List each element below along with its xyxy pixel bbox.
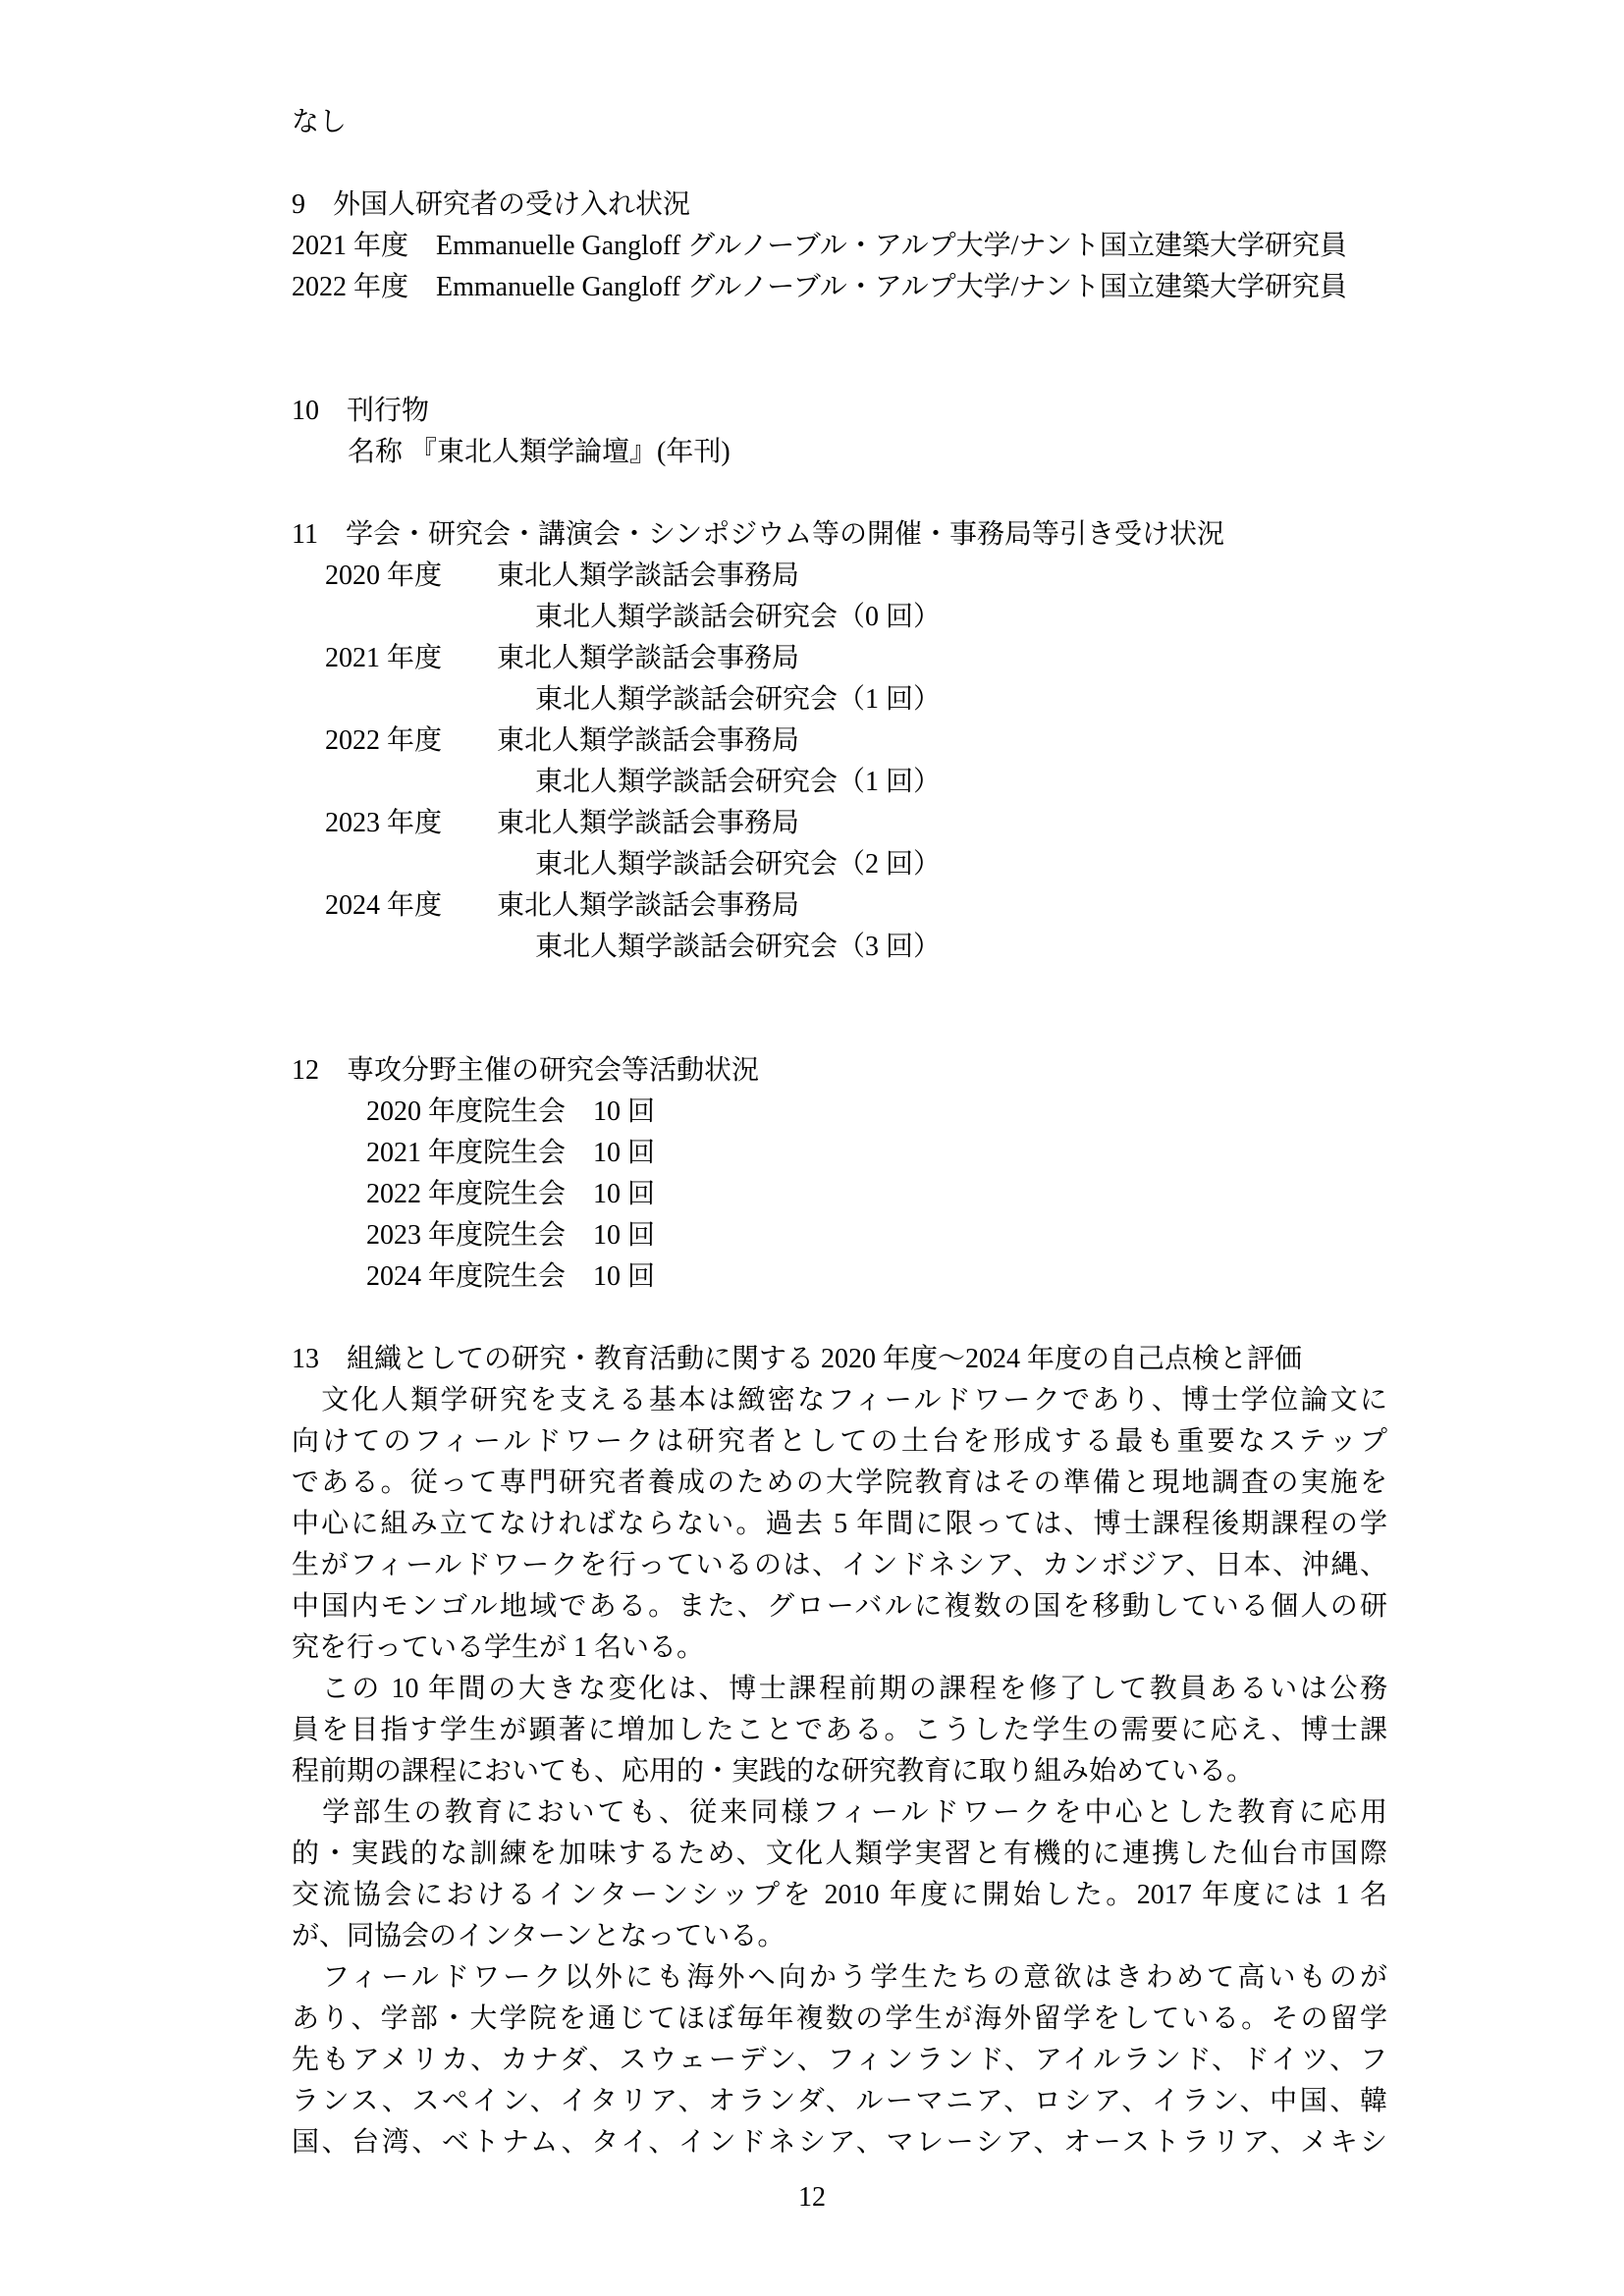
body-line: あり、学部・大学院を通じてほぼ毎年複数の学生が海外留学をしている。その留学 <box>292 1999 1387 2040</box>
body-line: この 10 年間の大きな変化は、博士課程前期の課程を修了して教員あるいは公務 <box>292 1669 1387 1710</box>
spacer <box>292 968 1387 1009</box>
event-year-row: 2023 年度 東北人類学談話会事務局 <box>292 803 1387 844</box>
event-meeting-row: 東北人類学談話会研究会（3 回） <box>292 927 1387 968</box>
body-line: 中心に組み立てなければならない。過去 5 年間に限っては、博士課程後期課程の学 <box>292 1504 1387 1545</box>
body-line: 中国内モンゴル地域である。また、グローバルに複数の国を移動している個人の研 <box>292 1586 1387 1628</box>
body-line: 交流協会におけるインターンシップを 2010 年度に開始した。2017 年度には… <box>292 1875 1387 1916</box>
spacer <box>292 143 1387 185</box>
none-note: なし <box>292 102 1387 143</box>
body-line: ランス、スペイン、イタリア、オランダ、ルーマニア、ロシア、イラン、中国、韓 <box>292 2081 1387 2122</box>
body-line: 員を目指す学生が顕著に増加したことである。こうした学生の需要に応え、博士課 <box>292 1710 1387 1751</box>
body-line: 究を行っている学生が 1 名いる。 <box>292 1628 1387 1669</box>
section-13-heading: 13 組織としての研究・教育活動に関する 2020 年度～2024 年度の自己点… <box>292 1339 1387 1380</box>
body-line: フィールドワーク以外にも海外へ向かう学生たちの意欲はきわめて高いものが <box>292 1957 1387 1999</box>
body-line: 国、台湾、ベトナム、タイ、インドネシア、マレーシア、オーストラリア、メキシ <box>292 2122 1387 2163</box>
document-page: なし 9 外国人研究者の受け入れ状況 2021 年度 Emmanuelle Ga… <box>0 0 1624 2296</box>
body-line: 的・実践的な訓練を加味するため、文化人類学実習と有機的に連携した仙台市国際 <box>292 1834 1387 1875</box>
spacer <box>292 1298 1387 1339</box>
event-meeting-row: 東北人類学談話会研究会（2 回） <box>292 844 1387 885</box>
foreign-researcher-row: 2022 年度 Emmanuelle Gangloff グルノーブル・アルプ大学… <box>292 267 1387 308</box>
body-line: 向けてのフィールドワークは研究者としての土台を形成する最も重要なステップ <box>292 1421 1387 1463</box>
body-line: 文化人類学研究を支える基本は緻密なフィールドワークであり、博士学位論文に <box>292 1380 1387 1421</box>
spacer <box>292 308 1387 349</box>
spacer <box>292 1009 1387 1050</box>
activity-row: 2024 年度院生会 10 回 <box>292 1256 1387 1298</box>
page-number: 12 <box>0 2177 1624 2218</box>
event-meeting-row: 東北人類学談話会研究会（0 回） <box>292 597 1387 638</box>
event-year-row: 2020 年度 東北人類学談話会事務局 <box>292 556 1387 597</box>
body-line: 先もアメリカ、カナダ、スウェーデン、フィンランド、アイルランド、ドイツ、フ <box>292 2040 1387 2081</box>
body-line: 程前期の課程においても、応用的・実践的な研究教育に取り組み始めている。 <box>292 1751 1387 1792</box>
activity-row: 2020 年度院生会 10 回 <box>292 1092 1387 1133</box>
section-12-heading: 12 専攻分野主催の研究会等活動状況 <box>292 1050 1387 1092</box>
body-line: が、同協会のインターンとなっている。 <box>292 1916 1387 1957</box>
event-year-row: 2021 年度 東北人類学談話会事務局 <box>292 638 1387 679</box>
spacer <box>292 349 1387 391</box>
foreign-researcher-row: 2021 年度 Emmanuelle Gangloff グルノーブル・アルプ大学… <box>292 226 1387 267</box>
event-meeting-row: 東北人類学談話会研究会（1 回） <box>292 762 1387 803</box>
activity-row: 2022 年度院生会 10 回 <box>292 1174 1387 1215</box>
activity-row: 2021 年度院生会 10 回 <box>292 1133 1387 1174</box>
event-year-row: 2024 年度 東北人類学談話会事務局 <box>292 885 1387 927</box>
event-year-row: 2022 年度 東北人類学談話会事務局 <box>292 721 1387 762</box>
activity-row: 2023 年度院生会 10 回 <box>292 1215 1387 1256</box>
document-body: なし 9 外国人研究者の受け入れ状況 2021 年度 Emmanuelle Ga… <box>292 102 1387 2163</box>
publication-name-line: 名称 『東北人類学論壇』(年刊) <box>292 432 1387 473</box>
section-11-heading: 11 学会・研究会・講演会・シンポジウム等の開催・事務局等引き受け状況 <box>292 514 1387 556</box>
spacer <box>292 473 1387 514</box>
body-line: である。従って専門研究者養成のための大学院教育はその準備と現地調査の実施を <box>292 1463 1387 1504</box>
body-line: 生がフィールドワークを行っているのは、インドネシア、カンボジア、日本、沖縄、 <box>292 1545 1387 1586</box>
section-10-heading: 10 刊行物 <box>292 391 1387 432</box>
body-line: 学部生の教育においても、従来同様フィールドワークを中心とした教育に応用 <box>292 1792 1387 1834</box>
section-9-heading: 9 外国人研究者の受け入れ状況 <box>292 185 1387 226</box>
event-meeting-row: 東北人類学談話会研究会（1 回） <box>292 679 1387 721</box>
